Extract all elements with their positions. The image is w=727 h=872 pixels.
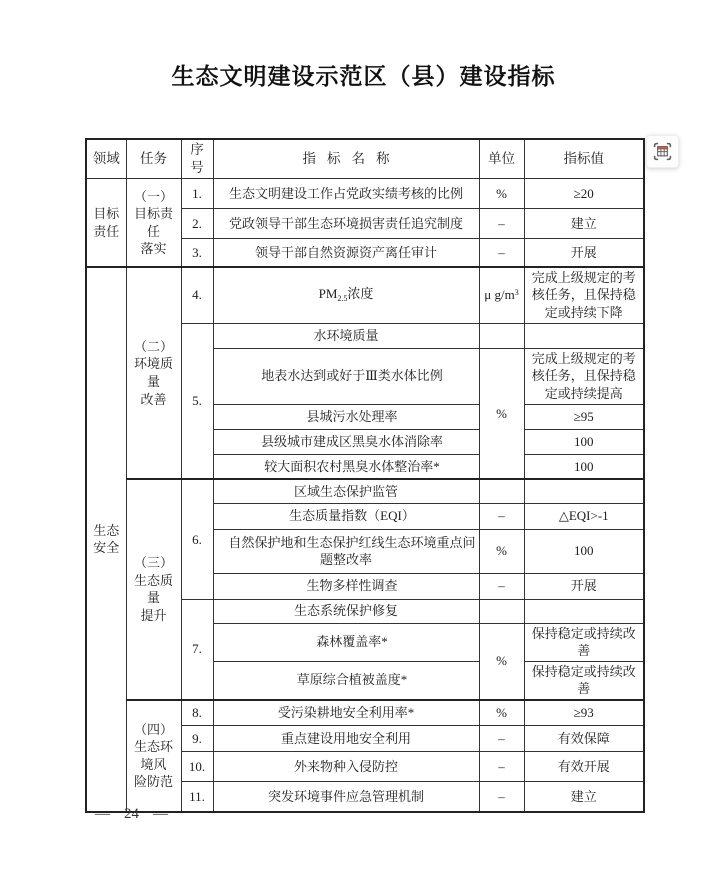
indicator-name-cell: 重点建设用地安全利用: [213, 726, 479, 752]
indicator-name-cell: 较大面积农村黑臭水体整治率*: [213, 454, 479, 479]
index-cell: 7.: [181, 599, 213, 700]
index-cell: 1.: [181, 179, 213, 209]
indicator-name-cell: 突发环境事件应急管理机制: [213, 782, 479, 812]
target-cell: 开展: [524, 239, 644, 267]
target-cell: 100: [524, 429, 644, 454]
indicator-name-cell: 森林覆盖率*: [213, 623, 479, 661]
footer-dash-left: —: [95, 806, 110, 823]
index-cell: 9.: [181, 726, 213, 752]
indicator-name-cell: 领导干部自然资源资产离任审计: [213, 239, 479, 267]
target-cell: 建立: [524, 209, 644, 239]
header-target: 指标值: [524, 139, 644, 179]
header-indicator-name: 指标名称: [213, 139, 479, 179]
indicator-name-cell: 生物多样性调查: [213, 573, 479, 599]
header-index: 序号: [181, 139, 213, 179]
unit-cell: –: [479, 209, 524, 239]
target-cell: 保持稳定或持续改善: [524, 623, 644, 661]
pm25-subscript: 2.5: [337, 294, 347, 303]
index-cell: 11.: [181, 782, 213, 812]
header-task: 任务: [126, 139, 181, 179]
task-cell-1: （一） 目标责任 落实: [126, 179, 181, 267]
page-number: — 24 —: [88, 806, 175, 823]
target-cell-empty: [524, 323, 644, 348]
unit-cell: %: [479, 529, 524, 573]
unit-cell-empty: [479, 599, 524, 623]
unit-cell: %: [479, 700, 524, 726]
indicator-name-cell: 自然保护地和生态保护红线生态环境重点问题整改率: [213, 529, 479, 573]
page-title: 生态文明建设示范区（县）建设指标: [0, 58, 727, 91]
indicator-name-cell: 生态质量指数（EQI）: [213, 503, 479, 529]
indicator-name-cell: 县城污水处理率: [213, 404, 479, 429]
indicator-table: 领域 任务 序号 指标名称 单位 指标值 目标 责任 （一） 目标责任 落实 1…: [85, 138, 645, 813]
subheader-water-quality: 水环境质量: [213, 323, 479, 348]
unit-cell: –: [479, 573, 524, 599]
index-cell: 5.: [181, 323, 213, 479]
target-cell: 完成上级规定的考核任务，且保持稳定或持续下降: [524, 267, 644, 323]
unit-cell: –: [479, 752, 524, 782]
unit-cell: –: [479, 503, 524, 529]
table-capture-button[interactable]: [646, 135, 679, 168]
subheader-eco-supervision: 区域生态保护监管: [213, 479, 479, 503]
target-cell: ≥93: [524, 700, 644, 726]
subheader-eco-restoration: 生态系统保护修复: [213, 599, 479, 623]
target-cell: 保持稳定或持续改善: [524, 661, 644, 700]
table-capture-icon: [652, 141, 673, 162]
table-header-row: 领域 任务 序号 指标名称 单位 指标值: [86, 139, 644, 179]
indicator-name-cell: 外来物种入侵防控: [213, 752, 479, 782]
index-cell: 6.: [181, 479, 213, 599]
header-unit: 单位: [479, 139, 524, 179]
unit-cell-empty: [479, 323, 524, 348]
indicator-name-cell: 生态文明建设工作占党政实绩考核的比例: [213, 179, 479, 209]
indicator-name-cell: 党政领导干部生态环境损害责任追究制度: [213, 209, 479, 239]
indicator-name-cell: 受污染耕地安全利用率*: [213, 700, 479, 726]
unit-cell: –: [479, 782, 524, 812]
task-cell-3: （三） 生态质量 提升: [126, 479, 181, 700]
footer-dash-right: —: [153, 806, 168, 823]
target-cell: 有效保障: [524, 726, 644, 752]
index-cell: 8.: [181, 700, 213, 726]
unit-cell: –: [479, 239, 524, 267]
table-row: 生态 安全 （二） 环境质量 改善 4. PM2.5浓度 μ g/m3 完成上级…: [86, 267, 644, 323]
target-cell: ≥95: [524, 404, 644, 429]
domain-cell-responsibility: 目标 责任: [86, 179, 126, 267]
target-cell: 建立: [524, 782, 644, 812]
unit-cell: %: [479, 179, 524, 209]
unit-cell: %: [479, 623, 524, 700]
target-cell: 有效开展: [524, 752, 644, 782]
indicator-name-cell: 地表水达到或好于Ⅲ类水体比例: [213, 348, 479, 404]
index-cell: 2.: [181, 209, 213, 239]
table-row: （三） 生态质量 提升 6. 区域生态保护监管: [86, 479, 644, 503]
indicator-name-cell-pm25: PM2.5浓度: [213, 267, 479, 323]
target-cell: 100: [524, 529, 644, 573]
target-cell: △EQI>-1: [524, 503, 644, 529]
domain-cell-eco-safety: 生态 安全: [86, 267, 126, 812]
index-cell: 4.: [181, 267, 213, 323]
footer-page-number: 24: [124, 806, 139, 823]
index-cell: 3.: [181, 239, 213, 267]
target-cell: 开展: [524, 573, 644, 599]
table-row: （四） 生态环境风 险防范 8. 受污染耕地安全利用率* % ≥93: [86, 700, 644, 726]
target-cell: ≥20: [524, 179, 644, 209]
task-cell-4: （四） 生态环境风 险防范: [126, 700, 181, 812]
table-row: 目标 责任 （一） 目标责任 落实 1. 生态文明建设工作占党政实绩考核的比例 …: [86, 179, 644, 209]
task-cell-2: （二） 环境质量 改善: [126, 267, 181, 479]
unit-cell-empty: [479, 479, 524, 503]
unit-cell-ugm3: μ g/m3: [479, 267, 524, 323]
target-cell: 100: [524, 454, 644, 479]
target-cell-empty: [524, 479, 644, 503]
header-domain: 领域: [86, 139, 126, 179]
indicator-name-cell: 县级城市建成区黑臭水体消除率: [213, 429, 479, 454]
unit-cell: –: [479, 726, 524, 752]
target-cell-empty: [524, 599, 644, 623]
index-cell: 10.: [181, 752, 213, 782]
unit-cell: %: [479, 348, 524, 479]
target-cell: 完成上级规定的考核任务，且保持稳定或持续提高: [524, 348, 644, 404]
indicator-name-cell: 草原综合植被盖度*: [213, 661, 479, 700]
